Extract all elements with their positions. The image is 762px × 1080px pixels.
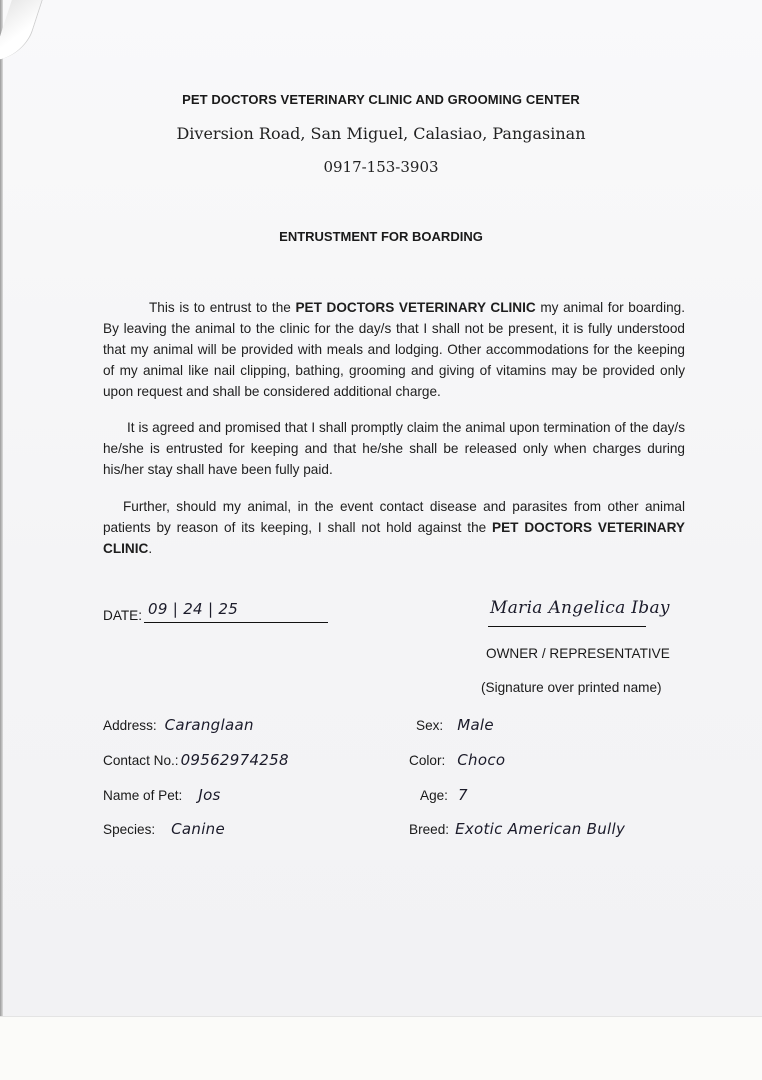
color-label: Color:: [409, 753, 445, 768]
form-title: ENTRUSTMENT FOR BOARDING: [0, 229, 762, 244]
signature-line: [488, 626, 646, 627]
sex-value[interactable]: Male: [457, 716, 494, 734]
clinic-address: Diversion Road, San Miguel, Calasiao, Pa…: [0, 124, 762, 143]
clinic-name-bold: PET DOCTORS VETERINARY CLINIC: [295, 300, 535, 315]
age-label: Age:: [420, 788, 448, 803]
address-value[interactable]: Caranglaan: [165, 716, 254, 734]
pet-name-value[interactable]: Jos: [198, 786, 220, 804]
date-value: 09 | 24 | 25: [148, 600, 238, 618]
date-row: DATE:09 | 24 | 25: [103, 604, 328, 623]
species-label: Species:: [103, 822, 155, 837]
color-value[interactable]: Choco: [457, 751, 505, 769]
date-label: DATE:: [103, 608, 142, 623]
age-value[interactable]: 7: [458, 786, 468, 804]
clinic-name: PET DOCTORS VETERINARY CLINIC AND GROOMI…: [0, 92, 762, 107]
address-label: Address:: [103, 718, 157, 733]
address-field: Address:Caranglaan: [103, 716, 254, 734]
species-value[interactable]: Canine: [171, 820, 225, 838]
signature-note: (Signature over printed name): [481, 680, 662, 695]
breed-value[interactable]: Exotic American Bully: [455, 820, 625, 838]
contact-value[interactable]: 09562974258: [181, 751, 289, 769]
paragraph-text: .: [148, 541, 152, 556]
clinic-phone: 0917-153-3903: [0, 158, 762, 176]
pet-name-field: Name of Pet:Jos: [103, 786, 221, 804]
date-field[interactable]: 09 | 24 | 25: [144, 604, 328, 623]
scanner-bed-band: [0, 1016, 762, 1080]
species-field: Species:Canine: [103, 820, 225, 838]
paper-edge: [0, 0, 3, 1016]
age-field: Age:7: [420, 786, 468, 804]
sex-label: Sex:: [416, 718, 443, 733]
paragraph-text: This is to entrust to the: [149, 300, 295, 315]
pet-name-label: Name of Pet:: [103, 788, 182, 803]
sex-field: Sex:Male: [416, 716, 494, 734]
paragraph-liability-waiver: Further, should my animal, in the event …: [103, 496, 685, 559]
contact-label: Contact No.:: [103, 753, 179, 768]
breed-field: Breed:Exotic American Bully: [409, 820, 625, 838]
contact-field: Contact No.:09562974258: [103, 751, 289, 769]
owner-representative-label: OWNER / REPRESENTATIVE: [486, 646, 670, 661]
paragraph-entrustment: This is to entrust to the PET DOCTORS VE…: [103, 297, 685, 402]
breed-label: Breed:: [409, 822, 449, 837]
color-field: Color:Choco: [409, 751, 505, 769]
signature-value[interactable]: Maria Angelica Ibay: [490, 598, 670, 618]
paragraph-claim-agreement: It is agreed and promised that I shall p…: [103, 417, 685, 480]
